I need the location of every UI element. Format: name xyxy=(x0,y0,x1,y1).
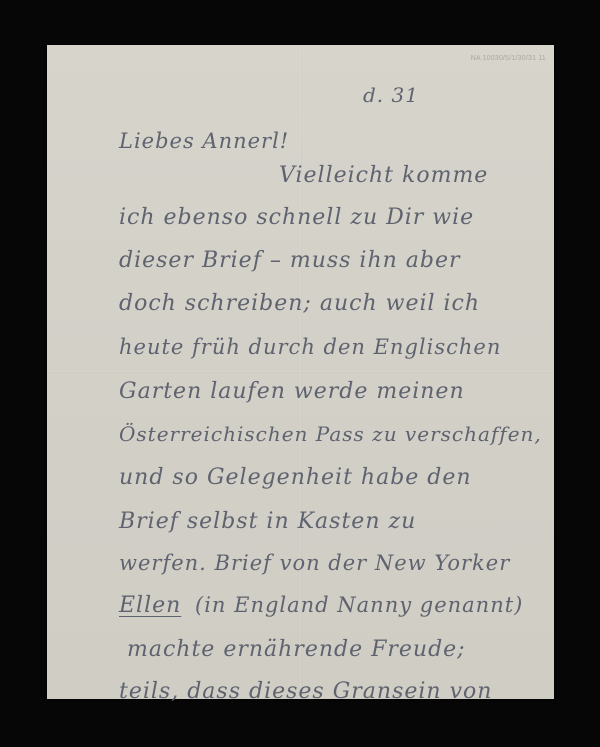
letter-line-4: doch schreiben; auch weil ich xyxy=(119,291,480,316)
letter-line-10: werfen. Brief von der New Yorker xyxy=(119,551,510,575)
letter-line-13: teils, dass dieses Gransein von xyxy=(119,679,492,704)
letter-line-12: machte ernährende Freude; xyxy=(127,637,466,662)
salutation: Liebes Annerl! xyxy=(119,129,289,153)
letter-line-1: Vielleicht komme xyxy=(279,163,488,188)
letter-line-9: Brief selbst in Kasten zu xyxy=(119,509,416,534)
horizontal-fold-line xyxy=(47,371,554,373)
letter-page: NA 10030/5/1/30/31 11 d. 31 Liebes Anner… xyxy=(47,45,554,699)
letter-line-8: und so Gelegenheit habe den xyxy=(119,465,472,490)
letter-line-7: Österreichischen Pass zu verschaffen, xyxy=(119,422,542,446)
archive-stamp: NA 10030/5/1/30/31 11 xyxy=(471,55,546,62)
letter-date: d. 31 xyxy=(363,83,419,107)
letter-line-11: (in England Nanny genannt) xyxy=(195,593,523,617)
letter-line-5: heute früh durch den Englischen xyxy=(119,335,501,359)
letter-line-6: Garten laufen werde meinen xyxy=(119,379,465,404)
underlined-name: Ellen xyxy=(119,593,181,618)
letter-line-2: ich ebenso schnell zu Dir wie xyxy=(119,205,474,230)
letter-line-3: dieser Brief – muss ihn aber xyxy=(119,248,461,273)
scan-background: NA 10030/5/1/30/31 11 d. 31 Liebes Anner… xyxy=(0,0,600,747)
